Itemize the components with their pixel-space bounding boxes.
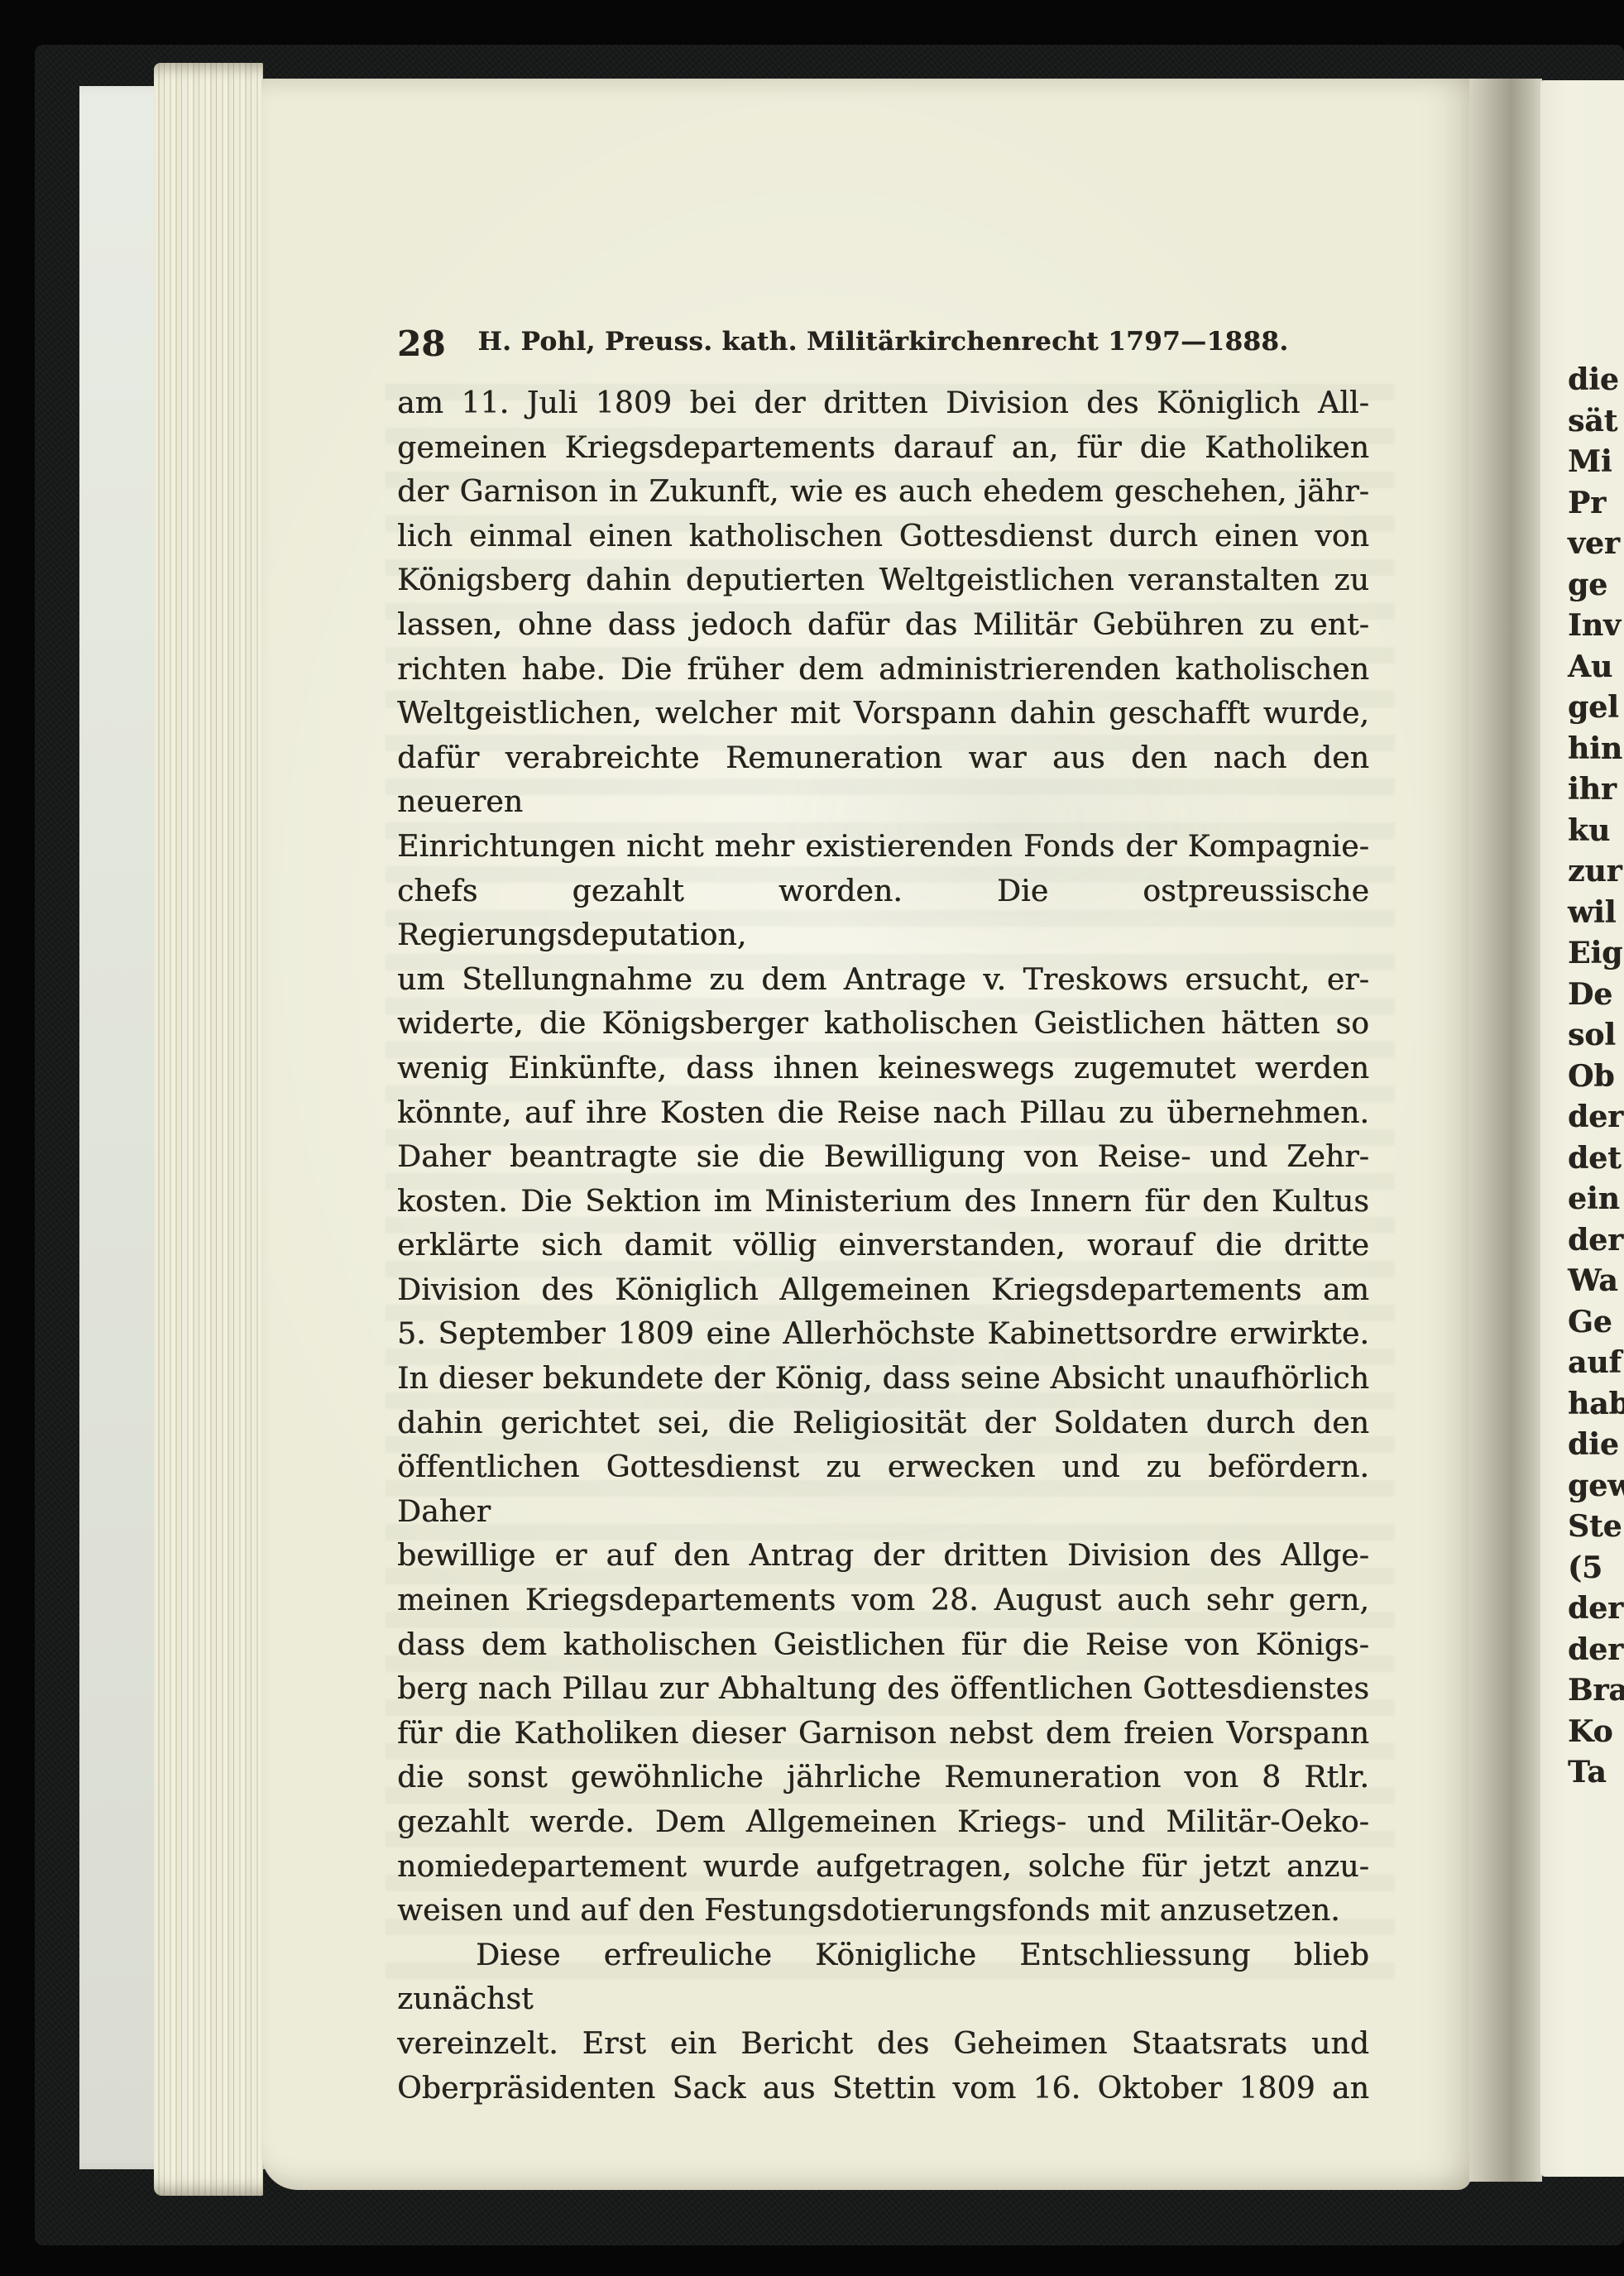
- text-line: 5. September 1809 eine Allerhöchste Kabi…: [397, 1312, 1369, 1357]
- text-line: dass dem katholischen Geistlichen für di…: [397, 1623, 1369, 1668]
- facing-page-fragment: hin: [1568, 729, 1624, 770]
- facing-page-fragment: gel: [1568, 688, 1624, 729]
- facing-page-fragment: Ge: [1568, 1302, 1624, 1344]
- scanned-page: 28 H. Pohl, Preuss. kath. Militärkirchen…: [261, 79, 1471, 2190]
- facing-page-fragment: der: [1568, 1097, 1624, 1138]
- facing-page-fragment: Mi: [1568, 442, 1624, 483]
- text-line: am 11. Juli 1809 bei der dritten Divisio…: [397, 381, 1369, 426]
- running-header: 28 H. Pohl, Preuss. kath. Militärkirchen…: [397, 327, 1369, 363]
- facing-page-fragment: sol: [1568, 1015, 1624, 1057]
- facing-page-fragment: ge: [1568, 565, 1624, 606]
- facing-page-text-fragments: diesätMiPrvergeInvAugelhinihrkuzurwilEig…: [1568, 360, 1624, 1794]
- facing-page-fragment: Ko: [1568, 1712, 1624, 1753]
- text-line: Diese erfreuliche Königliche Entschliess…: [397, 1933, 1369, 2022]
- text-line: nomiedepartement wurde aufgetragen, solc…: [397, 1845, 1369, 1890]
- facing-page-fragment: ku: [1568, 811, 1624, 852]
- text-line: gezahlt werde. Dem Allgemeinen Kriegs- u…: [397, 1800, 1369, 1845]
- text-line: lassen, ohne dass jedoch dafür das Milit…: [397, 603, 1369, 648]
- text-line: lich einmal einen katholischen Gottesdie…: [397, 515, 1369, 559]
- facing-page-fragment: ihr: [1568, 769, 1624, 811]
- text-line: könnte, auf ihre Kosten die Reise nach P…: [397, 1091, 1369, 1136]
- facing-page-fragment: ein: [1568, 1179, 1624, 1220]
- text-line: öffentlichen Gottesdienst zu erwecken un…: [397, 1445, 1369, 1534]
- text-line: Division des Königlich Allgemeinen Krieg…: [397, 1268, 1369, 1313]
- facing-page-fragment: (5: [1568, 1548, 1624, 1589]
- text-line: weisen und auf den Festungsdotierungsfon…: [397, 1889, 1369, 1933]
- facing-page-fragment: sät: [1568, 401, 1624, 443]
- body-text: am 11. Juli 1809 bei der dritten Divisio…: [397, 381, 1369, 2111]
- facing-page-fragment: der: [1568, 1630, 1624, 1671]
- facing-page-fragment: gew: [1568, 1466, 1624, 1507]
- facing-page-fragment: auf: [1568, 1343, 1624, 1384]
- text-line: Einrichtungen nicht mehr existierenden F…: [397, 825, 1369, 870]
- facing-page-fragment: Pr: [1568, 483, 1624, 525]
- facing-page-fragment: Ta: [1568, 1752, 1624, 1794]
- facing-page-fragment: zur: [1568, 851, 1624, 893]
- text-line: erklärte sich damit völlig einverstanden…: [397, 1224, 1369, 1268]
- text-line: bewillige er auf den Antrag der dritten …: [397, 1534, 1369, 1579]
- text-line: meinen Kriegsdepartements vom 28. August…: [397, 1579, 1369, 1623]
- facing-page-fragment: die: [1568, 360, 1624, 401]
- facing-page-sliver: diesätMiPrvergeInvAugelhinihrkuzurwilEig…: [1540, 80, 1624, 2177]
- facing-page-fragment: De: [1568, 975, 1624, 1016]
- facing-page-fragment: die: [1568, 1425, 1624, 1466]
- text-line: Königsberg dahin deputierten Weltgeistli…: [397, 558, 1369, 603]
- facing-page-fragment: der: [1568, 1220, 1624, 1262]
- text-line: um Stellungnahme zu dem Antrage v. Tresk…: [397, 958, 1369, 1003]
- text-line: Weltgeistlichen, welcher mit Vorspann da…: [397, 692, 1369, 736]
- text-line: dahin gerichtet sei, die Religiosität de…: [397, 1402, 1369, 1446]
- facing-page-fragment: Eig: [1568, 933, 1624, 975]
- facing-page-fragment: der: [1568, 1588, 1624, 1630]
- text-line: vereinzelt. Erst ein Bericht des Geheime…: [397, 2022, 1369, 2067]
- text-line: für die Katholiken dieser Garnison nebst…: [397, 1712, 1369, 1756]
- text-line: der Garnison in Zukunft, wie es auch ehe…: [397, 470, 1369, 515]
- facing-page-fragment: Ob: [1568, 1057, 1624, 1098]
- text-line: Daher beantragte sie die Bewilligung von…: [397, 1135, 1369, 1180]
- text-line: richten habe. Die früher dem administrie…: [397, 648, 1369, 692]
- facing-page-fragment: Bra: [1568, 1670, 1624, 1712]
- facing-page-fragment: Au: [1568, 647, 1624, 688]
- facing-page-fragment: Wa: [1568, 1261, 1624, 1302]
- text-line: die sonst gewöhnliche jährliche Remunera…: [397, 1756, 1369, 1800]
- text-line: berg nach Pillau zur Abhaltung des öffen…: [397, 1667, 1369, 1712]
- page-number: 28: [397, 323, 445, 364]
- page-edge-stack: [154, 63, 263, 2196]
- facing-page-fragment: Ste: [1568, 1507, 1624, 1548]
- facing-page-fragment: ver: [1568, 524, 1624, 565]
- text-line: kosten. Die Sektion im Ministerium des I…: [397, 1180, 1369, 1224]
- facing-page-fragment: Inv: [1568, 606, 1624, 647]
- text-line: Oberpräsidenten Sack aus Stettin vom 16.…: [397, 2067, 1369, 2111]
- facing-page-fragment: wil: [1568, 893, 1624, 934]
- text-line: wenig Einkünfte, dass ihnen keineswegs z…: [397, 1047, 1369, 1091]
- book-scan: 28 H. Pohl, Preuss. kath. Militärkirchen…: [0, 0, 1624, 2276]
- gutter-shadow: [1469, 79, 1542, 2182]
- text-line: widerte, die Königsberger katholischen G…: [397, 1002, 1369, 1047]
- text-line: chefs gezahlt worden. Die ostpreussische…: [397, 870, 1369, 958]
- facing-page-fragment: hab: [1568, 1384, 1624, 1425]
- text-line: dafür verabreichte Remuneration war aus …: [397, 736, 1369, 825]
- facing-page-fragment: det: [1568, 1138, 1624, 1180]
- text-line: gemeinen Kriegsdepartements darauf an, f…: [397, 426, 1369, 471]
- text-line: In dieser bekundete der König, dass sein…: [397, 1357, 1369, 1402]
- running-title: H. Pohl, Preuss. kath. Militärkirchenrec…: [397, 327, 1369, 357]
